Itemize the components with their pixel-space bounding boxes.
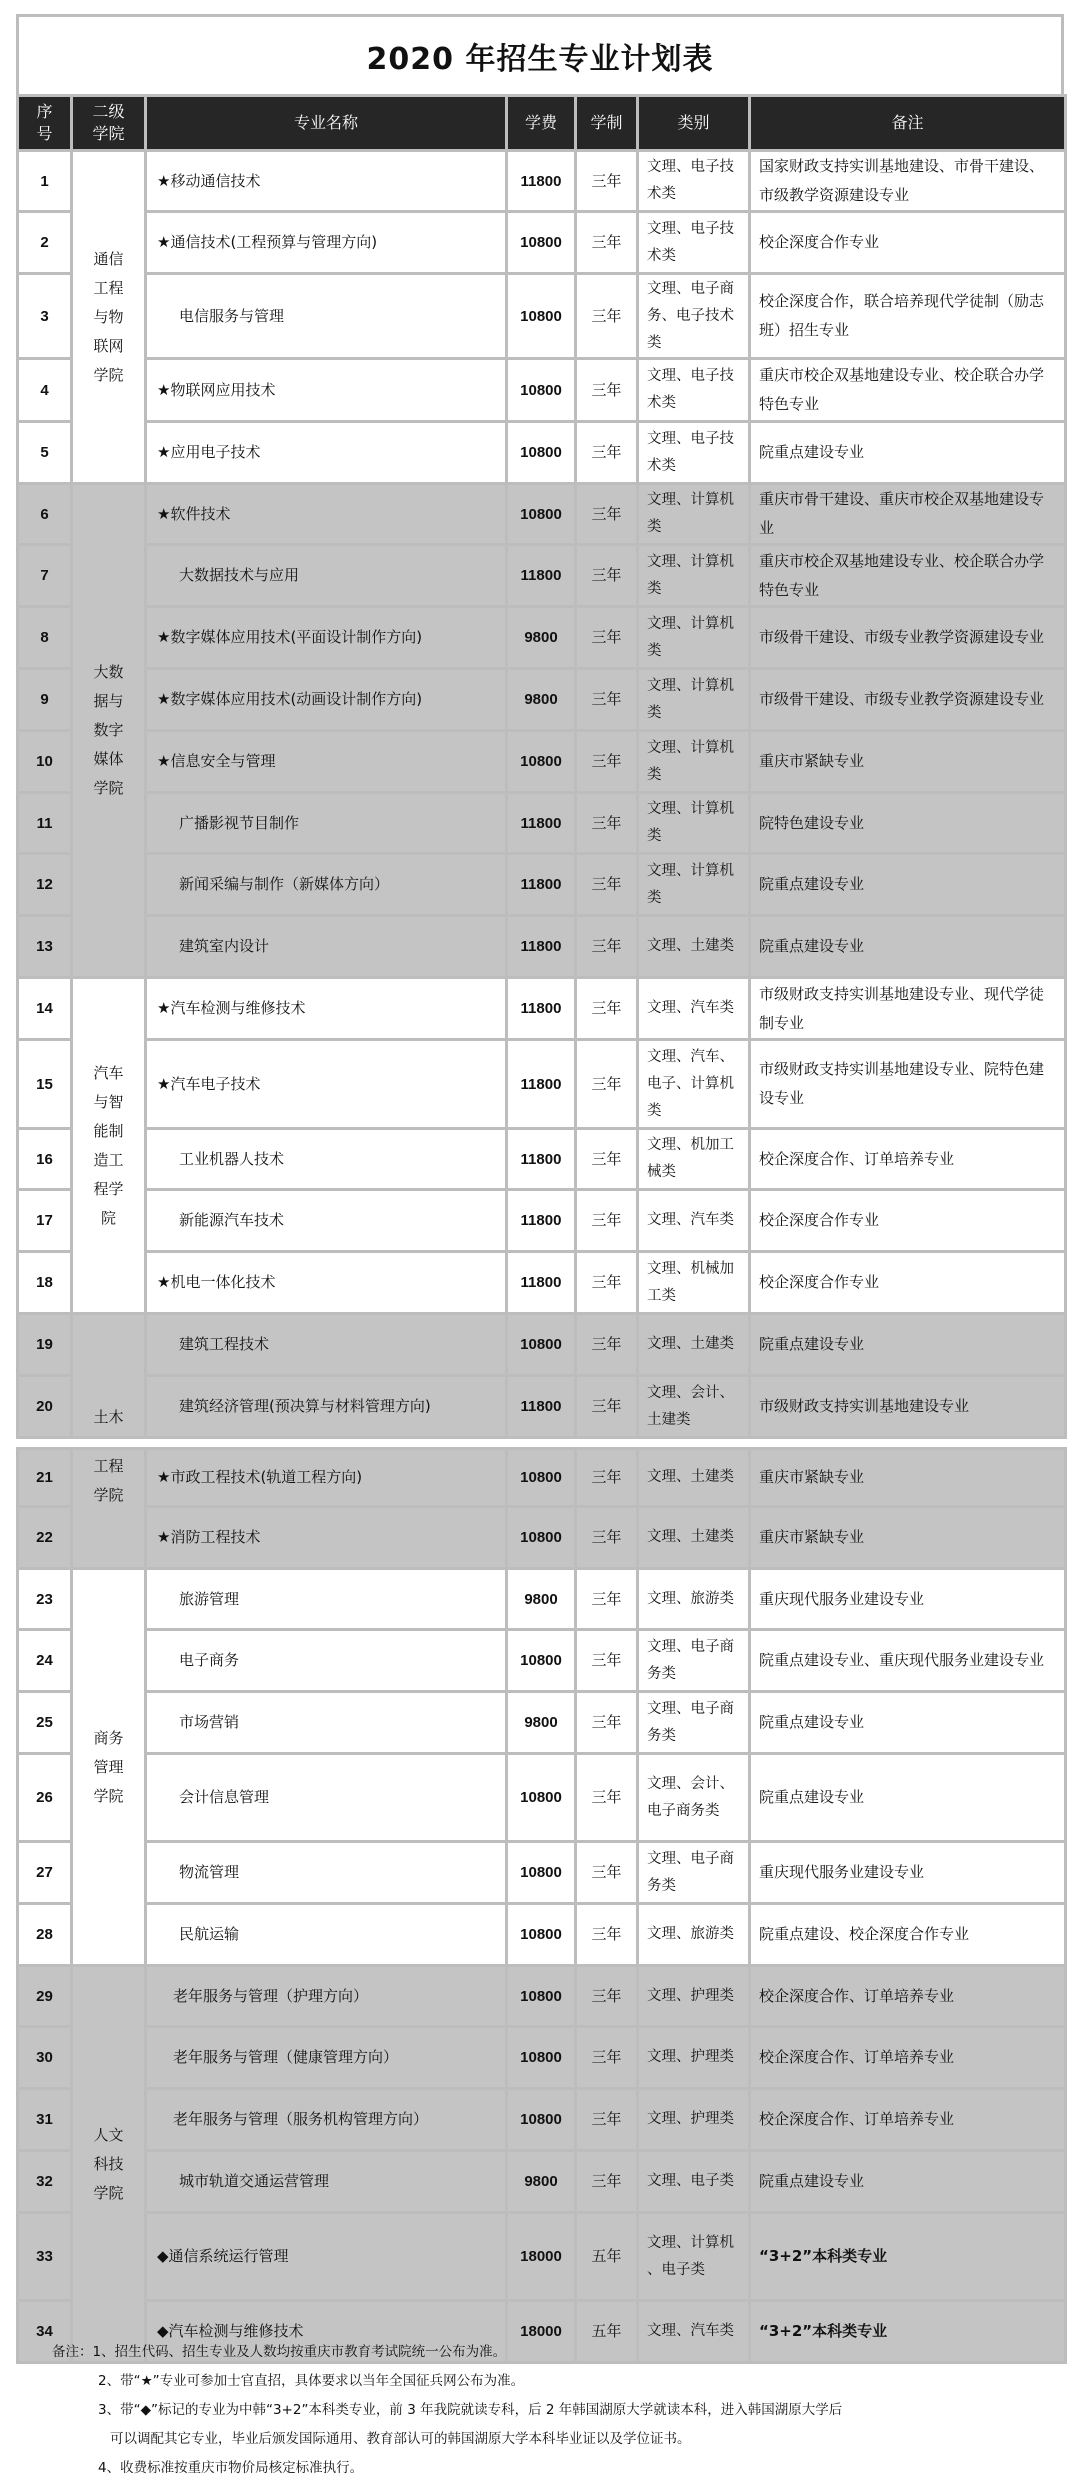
category: 文理、计算机类 [638,793,750,854]
duration: 三年 [576,669,638,731]
table-row: 21 工程学院 ★市政工程技术(轨道工程方向) 10800 三年 文理、土建类 … [18,1449,1066,1507]
college-cell: 汽车与智能制造工程学院 [72,978,146,1314]
category: 文理、机加工械类 [638,1129,750,1190]
table-row: 4 ★物联网应用技术 10800 三年 文理、电子技术类 重庆市校企双基地建设专… [18,359,1066,422]
enrollment-plan-sheet: 2020 年招生专业计划表 序号 二级学院 专业名称 学费 学制 类别 备注 1… [16,14,1064,2364]
fee: 10800 [507,1630,576,1692]
category: 文理、旅游类 [638,1569,750,1630]
notes: 院重点建设专业 [750,1692,1066,1754]
category: 文理、计算机类 [638,484,750,545]
college-cell: 商务管理学院 [72,1569,146,1966]
duration: 三年 [576,1314,638,1376]
notes: 校企深度合作专业 [750,212,1066,274]
notes: 重庆市紧缺专业 [750,1507,1066,1569]
footnote-1: 备注：1、招生代码、招生专业及人数均按重庆市教育考试院统一公布为准。 [52,2338,1052,2367]
table-row: 33 ◆通信系统运行管理 18000 五年 文理、计算机 、电子类 “3+2”本… [18,2213,1066,2301]
major-name: 老年服务与管理（护理方向） [146,1966,507,2027]
notes: 校企深度合作、订单培养专业 [750,1129,1066,1190]
table-row: 17 新能源汽车技术 11800 三年 文理、汽车类 校企深度合作专业 [18,1190,1066,1252]
fee: 10800 [507,731,576,793]
table-row: 31 老年服务与管理（服务机构管理方向） 10800 三年 文理、护理类 校企深… [18,2089,1066,2151]
table-header-row: 序号 二级学院 专业名称 学费 学制 类别 备注 [18,96,1066,151]
notes: 重庆市紧缺专业 [750,731,1066,793]
notes: 校企深度合作专业 [750,1190,1066,1252]
notes: 市级财政支持实训基地建设专业、现代学徒制专业 [750,978,1066,1040]
notes: 院重点建设专业 [750,1754,1066,1842]
category: 文理、护理类 [638,2089,750,2151]
table-row: 16 工业机器人技术 11800 三年 文理、机加工械类 校企深度合作、订单培养… [18,1129,1066,1190]
duration: 三年 [576,793,638,854]
fee: 11800 [507,1190,576,1252]
notes: 市级骨干建设、市级专业教学资源建设专业 [750,607,1066,669]
duration: 三年 [576,1842,638,1904]
category: 文理、护理类 [638,1966,750,2027]
table-row: 27 物流管理 10800 三年 文理、电子商务类 重庆现代服务业建设专业 [18,1842,1066,1904]
notes: 校企深度合作、订单培养专业 [750,1966,1066,2027]
major-name: 老年服务与管理（服务机构管理方向） [146,2089,507,2151]
header-seq: 序号 [18,96,72,151]
table-row: 19 土木 建筑工程技术 10800 三年 文理、土建类 院重点建设专业 [18,1314,1066,1376]
duration: 三年 [576,1630,638,1692]
duration: 三年 [576,1376,638,1438]
notes: 院重点建设专业 [750,1314,1066,1376]
category: 文理、计算机类 [638,669,750,731]
notes: 院重点建设专业、重庆现代服务业建设专业 [750,1630,1066,1692]
major-name: 市场营销 [146,1692,507,1754]
notes: 院重点建设专业 [750,854,1066,916]
major-name: 建筑室内设计 [146,916,507,978]
fee: 11800 [507,1376,576,1438]
major-name: ★机电一体化技术 [146,1252,507,1314]
major-name: 物流管理 [146,1842,507,1904]
footnote-4: 4、收费标准按重庆市物价局核定标准执行。 [52,2454,1052,2483]
duration: 三年 [576,1507,638,1569]
table-row: 10 ★信息安全与管理 10800 三年 文理、计算机类 重庆市紧缺专业 [18,731,1066,793]
category: 文理、计算机类 [638,854,750,916]
duration: 三年 [576,422,638,484]
footnotes: 备注：1、招生代码、招生专业及人数均按重庆市教育考试院统一公布为准。 2、带“★… [52,2338,1052,2483]
fee: 9800 [507,1692,576,1754]
table-row: 15 ★汽车电子技术 11800 三年 文理、汽车、电子、计算机类 市级财政支持… [18,1040,1066,1129]
major-name: ★移动通信技术 [146,151,507,212]
notes: 校企深度合作，联合培养现代学徒制（励志班）招生专业 [750,274,1066,359]
fee: 10800 [507,1966,576,2027]
duration: 三年 [576,274,638,359]
category: 文理、机械加工类 [638,1252,750,1314]
fee: 10800 [507,2027,576,2089]
fee: 10800 [507,274,576,359]
category: 文理、电子技术类 [638,359,750,422]
major-name: 大数据技术与应用 [146,545,507,607]
table-row: 23 商务管理学院 旅游管理 9800 三年 文理、旅游类 重庆现代服务业建设专… [18,1569,1066,1630]
major-name: ★汽车电子技术 [146,1040,507,1129]
duration: 三年 [576,1904,638,1966]
major-name: 电子商务 [146,1630,507,1692]
major-name: ★通信技术(工程预算与管理方向) [146,212,507,274]
notes: 重庆市骨干建设、重庆市校企双基地建设专业 [750,484,1066,545]
category: 文理、计算机 、电子类 [638,2213,750,2301]
duration: 三年 [576,2089,638,2151]
header-category: 类别 [638,96,750,151]
fee: 10800 [507,1507,576,1569]
fee: 10800 [507,1449,576,1507]
table-row: 12 新闻采编与制作（新媒体方向） 11800 三年 文理、计算机类 院重点建设… [18,854,1066,916]
major-name: 旅游管理 [146,1569,507,1630]
table-row: 20 建筑经济管理(预决算与材料管理方向) 11800 三年 文理、会计、土建类… [18,1376,1066,1438]
major-name: ★数字媒体应用技术(平面设计制作方向) [146,607,507,669]
header-notes: 备注 [750,96,1066,151]
duration: 三年 [576,978,638,1040]
notes: 重庆市紧缺专业 [750,1449,1066,1507]
header-duration: 学制 [576,96,638,151]
duration: 三年 [576,545,638,607]
fee: 11800 [507,1252,576,1314]
header-college: 二级学院 [72,96,146,151]
duration: 三年 [576,1040,638,1129]
major-name: 广播影视节目制作 [146,793,507,854]
notes: “3+2”本科类专业 [750,2213,1066,2301]
table-row: 29 人文科技学院 老年服务与管理（护理方向） 10800 三年 文理、护理类 … [18,1966,1066,2027]
duration: 三年 [576,731,638,793]
category: 文理、电子商务、电子技术类 [638,274,750,359]
duration: 五年 [576,2213,638,2301]
category: 文理、电子技术类 [638,212,750,274]
fee: 11800 [507,1129,576,1190]
category: 文理、计算机类 [638,545,750,607]
major-name: 建筑经济管理(预决算与材料管理方向) [146,1376,507,1438]
table-row: 8 ★数字媒体应用技术(平面设计制作方向) 9800 三年 文理、计算机类 市级… [18,607,1066,669]
duration: 三年 [576,151,638,212]
major-name: 建筑工程技术 [146,1314,507,1376]
table-row: 1 通信工程与物联网学院 ★移动通信技术 11800 三年 文理、电子技术类 国… [18,151,1066,212]
major-name: 新闻采编与制作（新媒体方向） [146,854,507,916]
enrollment-table: 序号 二级学院 专业名称 学费 学制 类别 备注 1 通信工程与物联网学院 ★移… [16,94,1067,2364]
fee: 10800 [507,484,576,545]
fee: 11800 [507,1040,576,1129]
major-name: 民航运输 [146,1904,507,1966]
duration: 三年 [576,916,638,978]
duration: 三年 [576,1252,638,1314]
duration: 三年 [576,1449,638,1507]
major-name: ★消防工程技术 [146,1507,507,1569]
category: 文理、计算机类 [638,731,750,793]
major-name: 新能源汽车技术 [146,1190,507,1252]
fee: 11800 [507,151,576,212]
notes: 校企深度合作、订单培养专业 [750,2027,1066,2089]
notes: 院重点建设专业 [750,2151,1066,2213]
table-row: 6 大数据与数字媒体学院 ★软件技术 10800 三年 文理、计算机类 重庆市骨… [18,484,1066,545]
college-cell: 大数据与数字媒体学院 [72,484,146,978]
notes: 院重点建设专业 [750,422,1066,484]
notes: 市级骨干建设、市级专业教学资源建设专业 [750,669,1066,731]
fee: 10800 [507,2089,576,2151]
table-row: 3 电信服务与管理 10800 三年 文理、电子商务、电子技术类 校企深度合作，… [18,274,1066,359]
page-break-gap [18,1438,1066,1449]
category: 文理、土建类 [638,1314,750,1376]
header-major: 专业名称 [146,96,507,151]
duration: 三年 [576,854,638,916]
notes: 市级财政支持实训基地建设专业、院特色建设专业 [750,1040,1066,1129]
notes: 院重点建设专业 [750,916,1066,978]
fee: 11800 [507,545,576,607]
notes: 校企深度合作、订单培养专业 [750,2089,1066,2151]
fee: 10800 [507,1314,576,1376]
footnote-label: 备注： [52,2344,93,2360]
major-name: 电信服务与管理 [146,274,507,359]
table-row: 32 城市轨道交通运营管理 9800 三年 文理、电子类 院重点建设专业 [18,2151,1066,2213]
table-row: 25 市场营销 9800 三年 文理、电子商务类 院重点建设专业 [18,1692,1066,1754]
category: 文理、护理类 [638,2027,750,2089]
notes: 重庆市校企双基地建设专业、校企联合办学特色专业 [750,545,1066,607]
header-fee: 学费 [507,96,576,151]
category: 文理、汽车类 [638,978,750,1040]
duration: 三年 [576,1754,638,1842]
category: 文理、土建类 [638,916,750,978]
major-name: ★信息安全与管理 [146,731,507,793]
major-name: 老年服务与管理（健康管理方向） [146,2027,507,2089]
fee: 10800 [507,422,576,484]
category: 文理、电子商务类 [638,1630,750,1692]
category: 文理、土建类 [638,1507,750,1569]
notes: 重庆市校企双基地建设专业、校企联合办学特色专业 [750,359,1066,422]
category: 文理、电子商务类 [638,1692,750,1754]
table-row: 2 ★通信技术(工程预算与管理方向) 10800 三年 文理、电子技术类 校企深… [18,212,1066,274]
duration: 三年 [576,1569,638,1630]
table-row: 28 民航运输 10800 三年 文理、旅游类 院重点建设、校企深度合作专业 [18,1904,1066,1966]
footnote-3: 3、带“◆”标记的专业为中韩“3+2”本科类专业，前 3 年我院就读专科，后 2… [52,2396,1052,2425]
category: 文理、汽车类 [638,1190,750,1252]
duration: 三年 [576,2027,638,2089]
fee: 10800 [507,1904,576,1966]
footnote-2: 2、带“★”专业可参加士官直招，具体要求以当年全国征兵网公布为准。 [52,2367,1052,2396]
table-row: 7 大数据技术与应用 11800 三年 文理、计算机类 重庆市校企双基地建设专业… [18,545,1066,607]
table-row: 14 汽车与智能制造工程学院 ★汽车检测与维修技术 11800 三年 文理、汽车… [18,978,1066,1040]
category: 文理、电子类 [638,2151,750,2213]
duration: 三年 [576,1966,638,2027]
fee: 10800 [507,212,576,274]
category: 文理、汽车、电子、计算机类 [638,1040,750,1129]
notes: 重庆现代服务业建设专业 [750,1569,1066,1630]
fee: 10800 [507,1842,576,1904]
fee: 11800 [507,854,576,916]
college-cell: 人文科技学院 [72,1966,146,2363]
category: 文理、土建类 [638,1449,750,1507]
table-row: 30 老年服务与管理（健康管理方向） 10800 三年 文理、护理类 校企深度合… [18,2027,1066,2089]
category: 文理、电子技术类 [638,151,750,212]
category: 文理、会计、电子商务类 [638,1754,750,1842]
category: 文理、计算机类 [638,607,750,669]
major-name: ★应用电子技术 [146,422,507,484]
category: 文理、会计、土建类 [638,1376,750,1438]
major-name: 工业机器人技术 [146,1129,507,1190]
category: 文理、电子技术类 [638,422,750,484]
major-name: ◆通信系统运行管理 [146,2213,507,2301]
college-cell: 土木 [72,1314,146,1438]
duration: 三年 [576,1190,638,1252]
college-cell: 工程学院 [72,1449,146,1569]
fee: 9800 [507,669,576,731]
major-name: 会计信息管理 [146,1754,507,1842]
major-name: ★汽车检测与维修技术 [146,978,507,1040]
table-row: 13 建筑室内设计 11800 三年 文理、土建类 院重点建设专业 [18,916,1066,978]
notes: 院特色建设专业 [750,793,1066,854]
notes: 院重点建设、校企深度合作专业 [750,1904,1066,1966]
notes: 市级财政支持实训基地建设专业 [750,1376,1066,1438]
major-name: ★市政工程技术(轨道工程方向) [146,1449,507,1507]
fee: 11800 [507,793,576,854]
fee: 9800 [507,607,576,669]
table-row: 24 电子商务 10800 三年 文理、电子商务类 院重点建设专业、重庆现代服务… [18,1630,1066,1692]
table-row: 26 会计信息管理 10800 三年 文理、会计、电子商务类 院重点建设专业 [18,1754,1066,1842]
category: 文理、旅游类 [638,1904,750,1966]
duration: 三年 [576,359,638,422]
major-name: ★数字媒体应用技术(动画设计制作方向) [146,669,507,731]
duration: 三年 [576,1129,638,1190]
footnote-3-continued: 可以调配其它专业，毕业后颁发国际通用、教育部认可的韩国湖原大学本科毕业证以及学位… [52,2425,1052,2454]
fee: 10800 [507,1754,576,1842]
duration: 三年 [576,484,638,545]
major-name: 城市轨道交通运营管理 [146,2151,507,2213]
fee: 10800 [507,359,576,422]
fee: 11800 [507,978,576,1040]
duration: 三年 [576,2151,638,2213]
duration: 三年 [576,212,638,274]
fee: 11800 [507,916,576,978]
table-row: 11 广播影视节目制作 11800 三年 文理、计算机类 院特色建设专业 [18,793,1066,854]
category: 文理、电子商务类 [638,1842,750,1904]
fee: 18000 [507,2213,576,2301]
page-title: 2020 年招生专业计划表 [367,34,714,78]
notes: 国家财政支持实训基地建设、市骨干建设、市级教学资源建设专业 [750,151,1066,212]
major-name: ★物联网应用技术 [146,359,507,422]
table-row: 9 ★数字媒体应用技术(动画设计制作方向) 9800 三年 文理、计算机类 市级… [18,669,1066,731]
notes: 校企深度合作专业 [750,1252,1066,1314]
duration: 三年 [576,1692,638,1754]
title-box: 2020 年招生专业计划表 [16,14,1064,94]
major-name: ★软件技术 [146,484,507,545]
college-cell: 通信工程与物联网学院 [72,151,146,484]
table-row: 5 ★应用电子技术 10800 三年 文理、电子技术类 院重点建设专业 [18,422,1066,484]
fee: 9800 [507,1569,576,1630]
notes: 重庆现代服务业建设专业 [750,1842,1066,1904]
duration: 三年 [576,607,638,669]
table-row: 22 ★消防工程技术 10800 三年 文理、土建类 重庆市紧缺专业 [18,1507,1066,1569]
table-row: 18 ★机电一体化技术 11800 三年 文理、机械加工类 校企深度合作专业 [18,1252,1066,1314]
fee: 9800 [507,2151,576,2213]
